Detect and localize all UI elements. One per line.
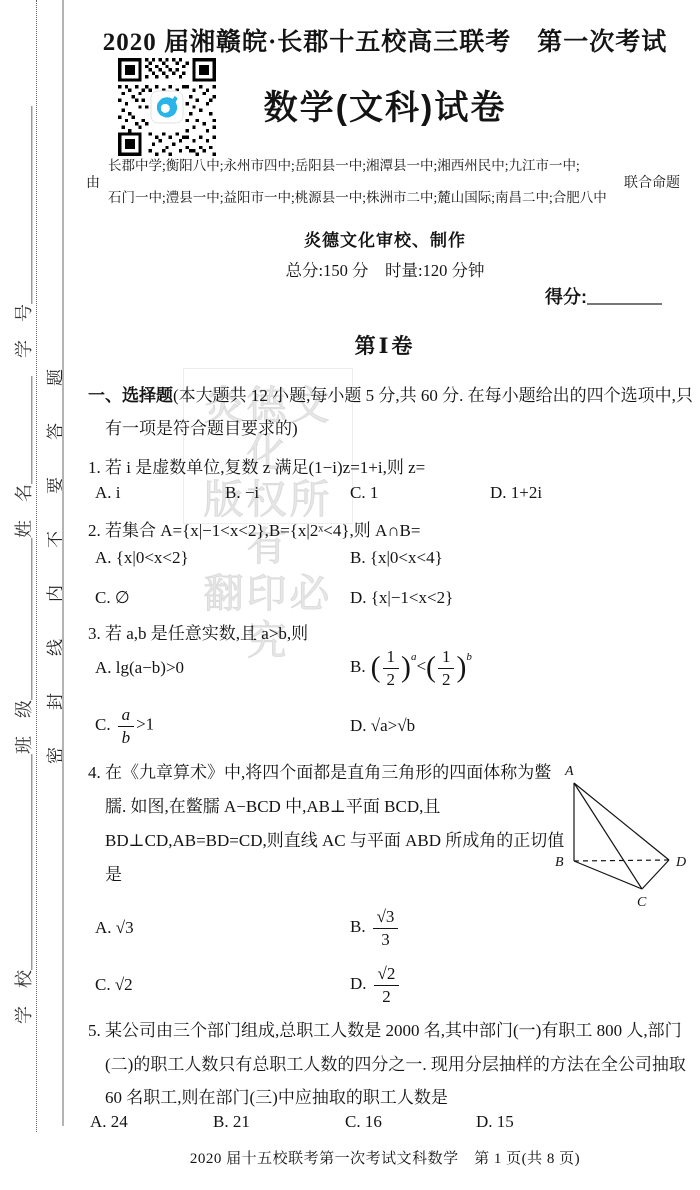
vertex-label-b: B (555, 855, 564, 870)
totals-line: 总分:150 分 时量:120 分钟 (85, 257, 685, 281)
score-blank (587, 285, 662, 305)
seal-dotted-line (36, 0, 37, 1132)
question-3-options-row2: C.ab>1 D. √a>√b (95, 699, 690, 753)
edge-AD (574, 783, 669, 860)
q1-option-a: A. i (95, 483, 225, 503)
fraction-denominator: 2 (438, 669, 455, 689)
exam-title: 2020 届湘赣皖·长郡十五校高三联考 第一次考试 (85, 22, 685, 58)
fraction-numerator: a (118, 705, 135, 726)
edge-AC (574, 783, 642, 889)
q5-option-c: C. 16 (345, 1112, 476, 1132)
fraction: √33 (373, 907, 399, 948)
question-5-stem: 5. 某公司由三个部门组成,总职工人数是 2000 名,其中部门(一)有职工 8… (88, 1014, 700, 1115)
q4-figure: A B C D (552, 757, 692, 909)
producer-line: 炎德文化审校、制作 (85, 226, 685, 251)
q5-option-b: B. 21 (213, 1112, 345, 1132)
score-label: 得分: (545, 287, 587, 307)
q2-option-c: C. ∅ (95, 588, 350, 608)
question-4-stem: 4. 在《九章算术》中,将四个面都是直角三角形的四面体称为鳖臑. 如图,在鳖臑 … (88, 756, 571, 892)
fraction: ab (118, 705, 135, 746)
relation: >1 (136, 715, 154, 734)
fraction-numerator: √3 (373, 907, 399, 928)
q3-option-b: B.(12)a<(12)b (350, 647, 690, 688)
seal-solid-line (62, 0, 64, 1126)
by-label: 由 (86, 172, 104, 192)
q3-option-c: C.ab>1 (95, 705, 350, 746)
q1-option-b: B. −i (225, 483, 350, 503)
q4-option-b: B.√33 (350, 907, 690, 948)
school-block: 由 长郡中学;衡阳八中;永州市四中;岳阳县一中;湘潭县一中;湘西州民中;九江市一… (86, 150, 684, 214)
paren: ( (426, 651, 436, 684)
fraction-numerator: 1 (438, 647, 455, 668)
q4-option-d: D.√22 (350, 964, 690, 1005)
paren: ) (401, 651, 411, 684)
question-2-stem: 2. 若集合 A={x|−1<x<2},B={x|2ˣ<4},则 A∩B= (88, 514, 688, 547)
relation: < (416, 657, 426, 676)
exponent: b (466, 651, 472, 663)
fraction-numerator: 1 (383, 647, 400, 668)
q4-option-b-label: B. (350, 917, 366, 936)
section-lead: 一、选择题 (88, 386, 173, 405)
q3-option-a: A. lg(a−b)>0 (95, 658, 350, 678)
question-3-options-row1: A. lg(a−b)>0 B.(12)a<(12)b (95, 641, 690, 695)
q2-option-d: D. {x|−1<x<2} (350, 588, 690, 608)
school-list-line1: 长郡中学;衡阳八中;永州市四中;岳阳县一中;湘潭县一中;湘西州民中;九江市一中; (108, 150, 616, 182)
student-info-fields: 学 校＿＿＿＿＿＿＿＿＿＿＿＿班 级＿＿＿＿＿＿＿＿＿姓 名＿＿＿＿＿＿ 学 号… (10, 106, 36, 1024)
fraction: 12 (438, 647, 455, 688)
question-2-options-row2: C. ∅ D. {x|−1<x<2} (95, 588, 690, 608)
fraction-denominator: 2 (383, 669, 400, 689)
school-list: 长郡中学;衡阳八中;永州市四中;岳阳县一中;湘潭县一中;湘西州民中;九江市一中;… (104, 150, 620, 214)
page-footer: 2020 届十五校联考第一次考试文科数学 第 1 页(共 8 页) (85, 1147, 685, 1168)
part-1-title: 第Ⅰ卷 (85, 330, 685, 360)
question-2-options-row1: A. {x|0<x<2} B. {x|0<x<4} (95, 548, 690, 568)
question-4-options-row2: C. √2 D.√22 (95, 958, 690, 1012)
edge-BC (574, 861, 642, 889)
edge-BD-dashed (574, 860, 669, 861)
question-1-stem: 1. 若 i 是虚数单位,复数 z 满足(1−i)z=1+i,则 z= (88, 451, 688, 484)
joint-proposition-label: 联合命题 (620, 172, 684, 192)
q1-option-d: D. 1+2i (490, 483, 690, 503)
q4-option-d-label: D. (350, 974, 367, 993)
exam-page: 学 校＿＿＿＿＿＿＿＿＿＿＿＿班 级＿＿＿＿＿＿＿＿＿姓 名＿＿＿＿＿＿ 学 号… (0, 0, 700, 1190)
q2-option-a: A. {x|0<x<2} (95, 548, 350, 568)
q4-option-c: C. √2 (95, 975, 350, 995)
section-desc: (本大题共 12 小题,每小题 5 分,共 60 分. 在每小题给出的四个选项中… (105, 386, 693, 438)
paren: ( (371, 651, 381, 684)
q3-option-c-label: C. (95, 715, 111, 734)
paren: ) (456, 651, 466, 684)
q3-option-b-label: B. (350, 657, 366, 676)
subject-title: 数学(文科)试卷 (85, 80, 685, 129)
fraction-denominator: b (118, 727, 135, 747)
q1-option-c: C. 1 (350, 483, 490, 503)
q5-option-a: A. 24 (90, 1112, 213, 1132)
fraction: √22 (374, 964, 400, 1005)
q5-option-d: D. 15 (476, 1112, 685, 1132)
question-1-options: A. i B. −i C. 1 D. 1+2i (95, 483, 690, 503)
edge-CD (642, 860, 669, 889)
question-5-options: A. 24 B. 21 C. 16 D. 15 (90, 1112, 685, 1132)
q2-option-b: B. {x|0<x<4} (350, 548, 690, 568)
fraction: 12 (383, 647, 400, 688)
fraction-denominator: 2 (374, 986, 400, 1006)
school-list-line2: 石门一中;澧县一中;益阳市一中;桃源县一中;株洲市二中;麓山国际;南昌二中;合肥… (108, 182, 616, 214)
q3-option-d: D. √a>√b (350, 716, 690, 736)
fraction-denominator: 3 (373, 929, 399, 949)
section-heading: 一、选择题(本大题共 12 小题,每小题 5 分,共 60 分. 在每小题给出的… (88, 379, 700, 445)
q4-option-a: A. √3 (95, 918, 350, 938)
vertex-label-a: A (564, 764, 574, 779)
score-line: 得分: (545, 283, 662, 309)
vertex-label-d: D (675, 855, 686, 870)
fraction-numerator: √2 (374, 964, 400, 985)
question-4-options-row1: A. √3 B.√33 (95, 901, 690, 955)
